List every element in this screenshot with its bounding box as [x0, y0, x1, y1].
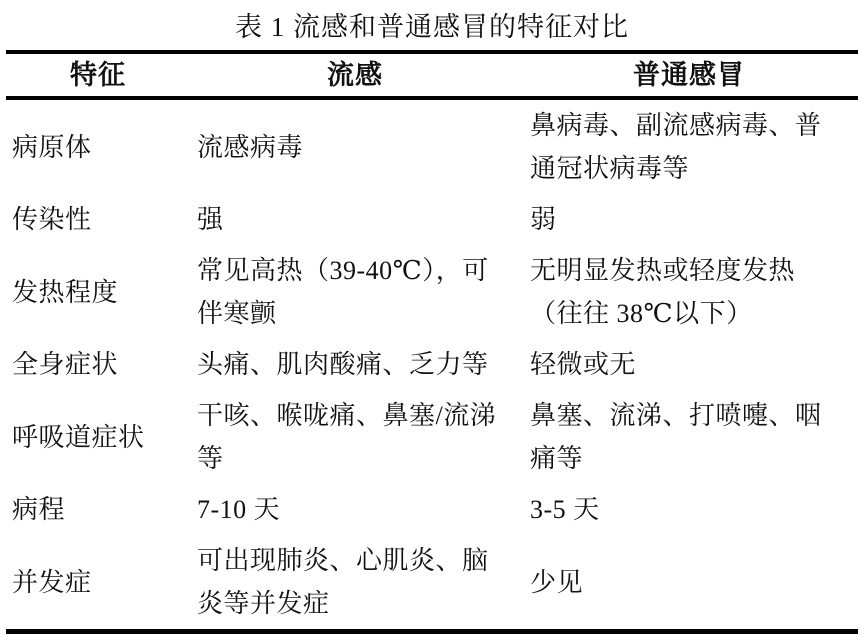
cell-feature: 病程 — [6, 484, 190, 535]
cell-flu: 强 — [190, 194, 520, 245]
cell-flu: 头痛、肌肉酸痛、乏力等 — [190, 339, 520, 390]
cell-flu: 7-10 天 — [190, 484, 520, 535]
cell-cold: 3-5 天 — [520, 484, 858, 535]
comparison-table: 特征 流感 普通感冒 病原体 流感病毒 鼻病毒、副流感病毒、普 通冠状病毒等 传… — [6, 50, 858, 634]
table-row-systemic-symptoms: 全身症状 头痛、肌肉酸痛、乏力等 轻微或无 — [6, 339, 858, 390]
cell-feature: 传染性 — [6, 194, 190, 245]
table-row-complications: 并发症 可出现肺炎、心肌炎、脑 炎等并发症 少见 — [6, 535, 858, 632]
cell-cold: 轻微或无 — [520, 339, 858, 390]
cell-flu: 干咳、喉咙痛、鼻塞/流涕 等 — [190, 390, 520, 484]
cell-cold: 弱 — [520, 194, 858, 245]
table-caption: 表 1 流感和普通感冒的特征对比 — [0, 0, 864, 47]
cell-feature: 全身症状 — [6, 339, 190, 390]
cell-feature: 并发症 — [6, 535, 190, 632]
cell-feature: 发热程度 — [6, 245, 190, 339]
column-header-cold: 普通感冒 — [520, 52, 858, 98]
cell-cold: 无明显发热或轻度发热 （往往 38℃以下） — [520, 245, 858, 339]
cell-flu: 可出现肺炎、心肌炎、脑 炎等并发症 — [190, 535, 520, 632]
column-header-feature: 特征 — [6, 52, 190, 98]
cell-feature: 呼吸道症状 — [6, 390, 190, 484]
table-row-respiratory-symptoms: 呼吸道症状 干咳、喉咙痛、鼻塞/流涕 等 鼻塞、流涕、打喷嚏、咽 痛等 — [6, 390, 858, 484]
cell-cold: 鼻病毒、副流感病毒、普 通冠状病毒等 — [520, 98, 858, 194]
cell-flu: 常见高热（39-40℃），可 伴寒颤 — [190, 245, 520, 339]
cell-cold: 鼻塞、流涕、打喷嚏、咽 痛等 — [520, 390, 858, 484]
table-row-duration: 病程 7-10 天 3-5 天 — [6, 484, 858, 535]
header-row: 特征 流感 普通感冒 — [6, 52, 858, 98]
table-row-fever: 发热程度 常见高热（39-40℃），可 伴寒颤 无明显发热或轻度发热 （往往 3… — [6, 245, 858, 339]
cell-cold: 少见 — [520, 535, 858, 632]
cell-feature: 病原体 — [6, 98, 190, 194]
table-row-pathogen: 病原体 流感病毒 鼻病毒、副流感病毒、普 通冠状病毒等 — [6, 98, 858, 194]
table-row-contagiousness: 传染性 强 弱 — [6, 194, 858, 245]
cell-flu: 流感病毒 — [190, 98, 520, 194]
column-header-flu: 流感 — [190, 52, 520, 98]
